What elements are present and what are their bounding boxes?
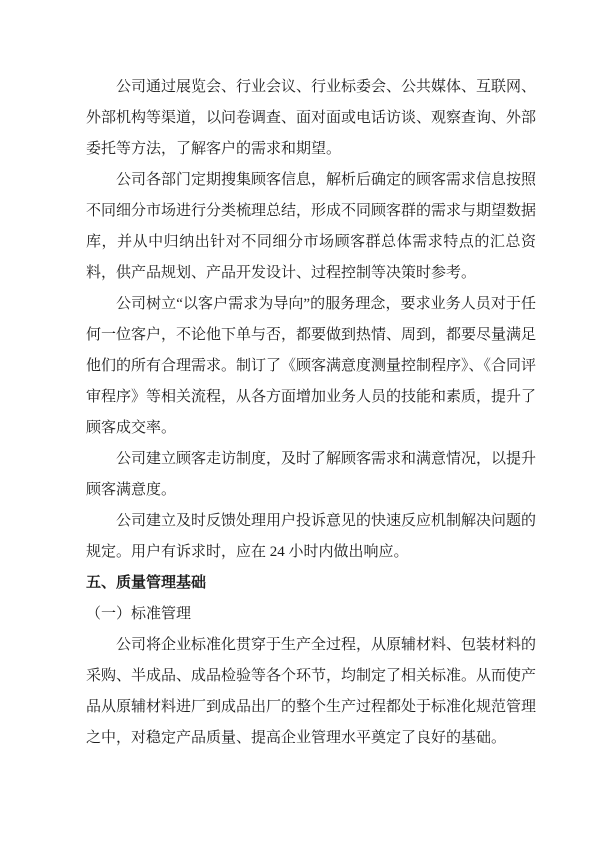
paragraph-customer-info-collection: 公司各部门定期搜集顾客信息，解析后确定的顾客需求信息按照不同细分市场进行分类梳理… — [86, 165, 536, 289]
paragraph-standardization: 公司将企业标准化贯穿于生产全过程，从原辅材料、包装材料的采购、半成品、成品检验等… — [86, 630, 536, 754]
paragraph-customer-channels: 公司通过展览会、行业会议、行业标委会、公共媒体、互联网、外部机构等渠道，以问卷调… — [86, 72, 536, 165]
document-page: 公司通过展览会、行业会议、行业标委会、公共媒体、互联网、外部机构等渠道，以问卷调… — [0, 0, 596, 842]
subsection-heading-standard-management: （一）标准管理 — [86, 599, 536, 630]
paragraph-complaint-response: 公司建立及时反馈处理用户投诉意见的快速反应机制解决问题的规定。用户有诉求时，应在… — [86, 506, 536, 568]
section-heading-quality-management: 五、质量管理基础 — [86, 568, 536, 599]
paragraph-service-philosophy: 公司树立“以客户需求为导向”的服务理念，要求业务人员对于任何一位客户，不论他下单… — [86, 289, 536, 444]
paragraph-customer-visit-system: 公司建立顾客走访制度，及时了解顾客需求和满意情况，以提升顾客满意度。 — [86, 444, 536, 506]
document-body: 公司通过展览会、行业会议、行业标委会、公共媒体、互联网、外部机构等渠道，以问卷调… — [86, 72, 536, 754]
